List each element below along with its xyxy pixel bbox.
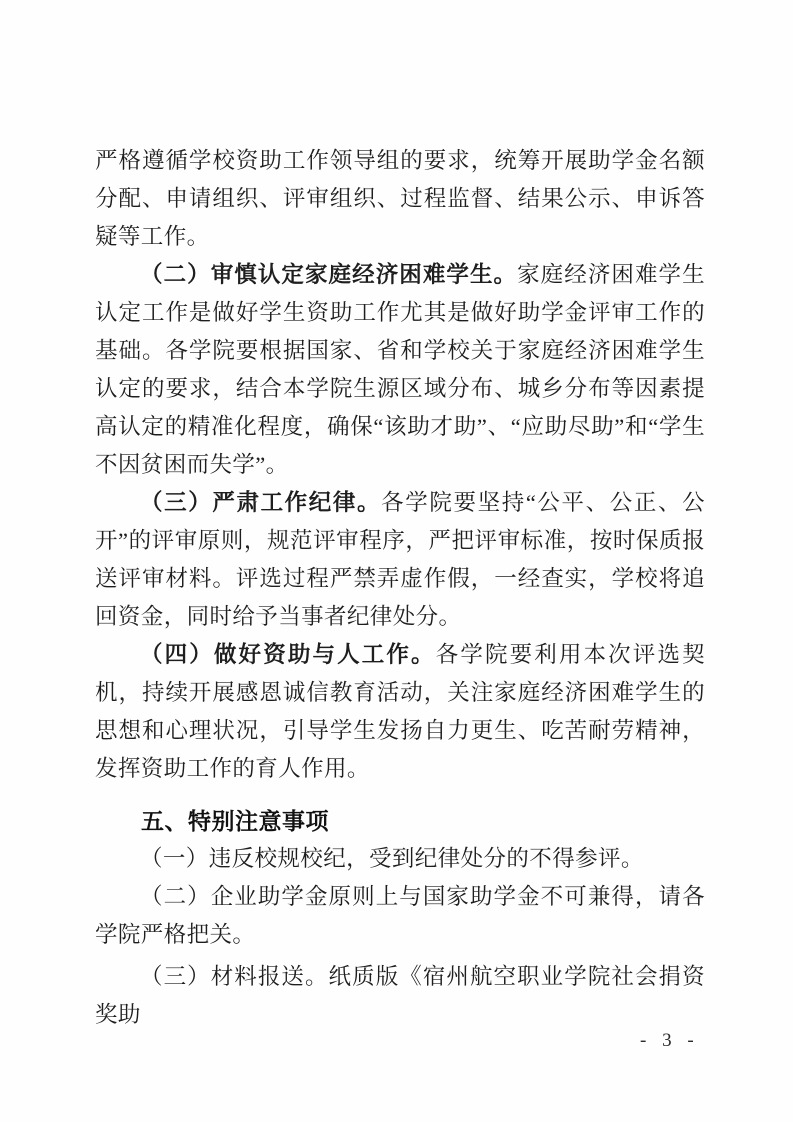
- paragraph-text: （三）材料报送。纸质版《宿州航空职业学院社会捐资奖助: [95, 964, 705, 1027]
- document-body: 严格遵循学校资助工作领导组的要求，统筹开展助学金名额分配、申请组织、评审组织、过…: [95, 142, 705, 1034]
- paragraph-lead: （二）审慎认定家庭经济困难学生。: [140, 262, 517, 287]
- paragraph-lead: （三）严肃工作纪律。: [140, 490, 381, 515]
- paragraph-item-3: （三）严肃工作纪律。各学院要坚持“公平、公正、公开”的评审原则，规范评审程序，严…: [95, 484, 705, 636]
- paragraph-continuation: 严格遵循学校资助工作领导组的要求，统筹开展助学金名额分配、申请组织、评审组织、过…: [95, 142, 705, 256]
- note-item-3: （三）材料报送。纸质版《宿州航空职业学院社会捐资奖助: [95, 958, 705, 1034]
- paragraph-text: （一）违反校规校纪，受到纪律处分的不得参评。: [140, 846, 644, 871]
- paragraph-item-2: （二）审慎认定家庭经济困难学生。家庭经济困难学生认定工作是做好学生资助工作尤其是…: [95, 256, 705, 484]
- page-number: - 3 -: [640, 1030, 696, 1052]
- paragraph-item-4: （四）做好资助与人工作。各学院要利用本次评选契机，持续开展感恩诚信教育活动，关注…: [95, 636, 705, 788]
- note-item-1: （一）违反校规校纪，受到纪律处分的不得参评。: [95, 840, 705, 878]
- paragraph-lead: （四）做好资助与人工作。: [140, 642, 436, 667]
- paragraph-text: （二）企业助学金原则上与国家助学金不可兼得，请各学院严格把关。: [95, 884, 705, 947]
- paragraph-text: 家庭经济困难学生认定工作是做好学生资助工作尤其是做好助学金评审工作的基础。各学院…: [95, 262, 705, 477]
- section-heading: 五、特别注意事项: [95, 802, 705, 840]
- document-page: 严格遵循学校资助工作领导组的要求，统筹开展助学金名额分配、申请组织、评审组织、过…: [0, 0, 793, 1122]
- paragraph-text: 严格遵循学校资助工作领导组的要求，统筹开展助学金名额分配、申请组织、评审组织、过…: [95, 148, 705, 249]
- note-item-2: （二）企业助学金原则上与国家助学金不可兼得，请各学院严格把关。: [95, 878, 705, 954]
